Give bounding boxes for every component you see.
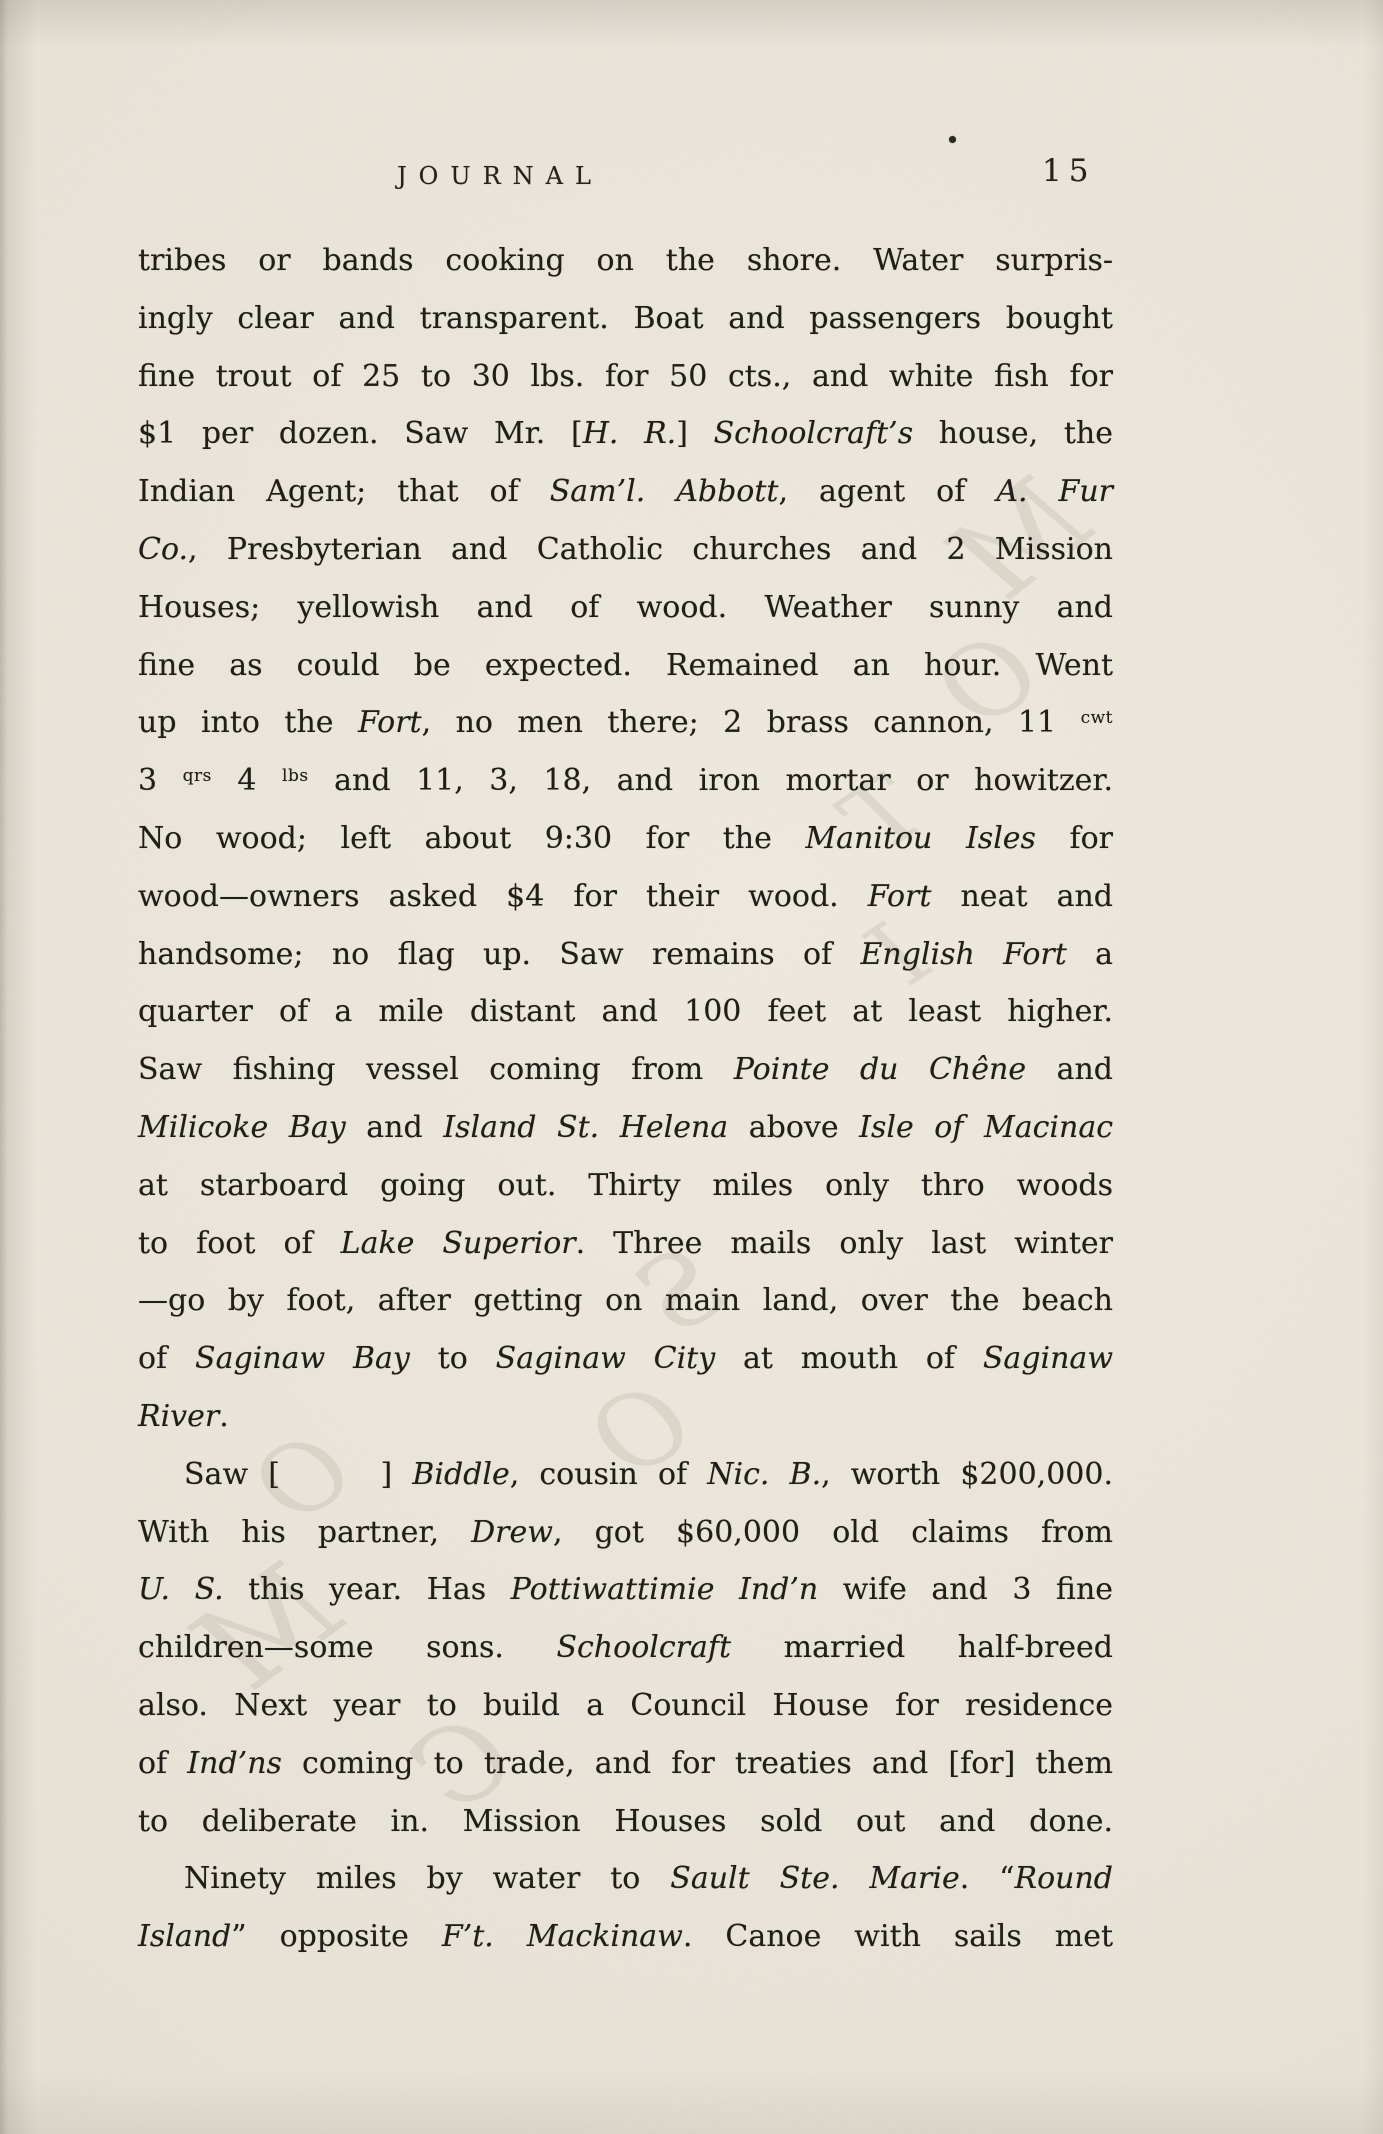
plain-text: and 11, 3, 18, and iron mortar or howitz… [309, 763, 1113, 798]
plain-text: to foot of [138, 1226, 341, 1261]
plain-text: coming to trade, and for treaties and [f… [282, 1746, 1113, 1781]
text-line: 3 qrs 4 lbs and 11, 3, 18, and iron mort… [138, 752, 1113, 810]
italic-text: Drew [471, 1515, 553, 1550]
text-line: River. [138, 1388, 1113, 1446]
text-line: Island” opposite F’t. Mackinaw. Canoe wi… [138, 1908, 1113, 1966]
italic-text: Schoolcraft [556, 1630, 731, 1665]
text-line: fine trout of 25 to 30 lbs. for 50 cts.,… [138, 348, 1113, 406]
plain-text: , worth $200,000. [821, 1457, 1113, 1492]
text-line: —go by foot, after getting on main land,… [138, 1272, 1113, 1330]
italic-text: Co. [138, 532, 188, 567]
italic-text: Pottiwattimie Ind’n [511, 1572, 819, 1607]
text-line: children—some sons. Schoolcraft married … [138, 1619, 1113, 1677]
plain-text: 3 [138, 763, 183, 798]
text-line: tribes or bands cooking on the shore. Wa… [138, 232, 1113, 290]
text-line: wood—owners asked $4 for their wood. For… [138, 868, 1113, 926]
italic-text: Pointe du Chêne [734, 1052, 1026, 1087]
italic-text: Isle of Macinac [859, 1110, 1113, 1145]
text-line: also. Next year to build a Council House… [138, 1677, 1113, 1735]
plain-text: ingly clear and transparent. Boat and pa… [138, 301, 1113, 336]
plain-text: ] [676, 416, 713, 451]
plain-text: this year. Has [224, 1572, 511, 1607]
text-line: Milicoke Bay and Island St. Helena above… [138, 1099, 1113, 1157]
italic-text: Saginaw City [496, 1341, 716, 1376]
plain-text: quarter of a mile distant and 100 feet a… [138, 994, 1113, 1029]
plain-text: fine trout of 25 to 30 lbs. for 50 cts.,… [138, 359, 1113, 394]
italic-text: Milicoke Bay [138, 1110, 346, 1145]
plain-text: , cousin of [510, 1457, 708, 1492]
italic-text: Island [138, 1919, 231, 1954]
plain-text: a [1067, 937, 1113, 972]
text-line: U. S. this year. Has Pottiwattimie Ind’n… [138, 1561, 1113, 1619]
italic-text: Sam’l. Abbott [550, 474, 779, 509]
italic-text: Schoolcraft’s [714, 416, 914, 451]
italic-text: Nic. B. [707, 1457, 821, 1492]
text-line: Ninety miles by water to Sault Ste. Mari… [138, 1850, 1113, 1908]
plain-text: Ninety miles by water to [184, 1861, 670, 1896]
running-head: JOURNAL [397, 162, 603, 190]
plain-text: . [219, 1399, 229, 1434]
text-line: to foot of Lake Superior. Three mails on… [138, 1215, 1113, 1273]
superscript-unit: cwt [1081, 708, 1113, 728]
plain-text: —go by foot, after getting on main land,… [138, 1283, 1113, 1318]
plain-text: and [346, 1110, 444, 1145]
plain-text: Saw fishing vessel coming from [138, 1052, 734, 1087]
plain-text: , got $60,000 old claims from [553, 1515, 1113, 1550]
superscript-unit: lbs [282, 766, 309, 786]
text-line: handsome; no flag up. Saw remains of Eng… [138, 926, 1113, 984]
text-line: of Saginaw Bay to Saginaw City at mouth … [138, 1330, 1113, 1388]
plain-text: fine as could be expected. Remained an h… [138, 648, 1113, 683]
plain-text: No wood; left about 9:30 for the [138, 821, 805, 856]
book-page: MOTISOOMC JOURNAL 15 tribes or bands coo… [0, 0, 1383, 2134]
text-line: to deliberate in. Mission Houses sold ou… [138, 1793, 1113, 1851]
plain-text: . Canoe with sails met [683, 1919, 1113, 1954]
italic-text: Manitou Isles [805, 821, 1036, 856]
plain-text: house, the [913, 416, 1113, 451]
italic-text: Saginaw [983, 1341, 1113, 1376]
text-line: up into the Fort, no men there; 2 brass … [138, 694, 1113, 752]
italic-text: Sault Ste. Marie [670, 1861, 959, 1896]
text-line: at starboard going out. Thirty miles onl… [138, 1157, 1113, 1215]
plain-text: $1 per dozen. Saw Mr. [ [138, 416, 583, 451]
plain-text: for [1036, 821, 1113, 856]
italic-text: U. S. [138, 1572, 224, 1607]
plain-text: , no men there; 2 brass cannon, 11 [422, 705, 1081, 740]
plain-text: 4 [212, 763, 282, 798]
plain-text: handsome; no flag up. Saw remains of [138, 937, 860, 972]
plain-text: Indian Agent; that of [138, 474, 550, 509]
plain-text: married half-breed [731, 1630, 1113, 1665]
journal-text-block: tribes or bands cooking on the shore. Wa… [138, 232, 1113, 1966]
plain-text: at mouth of [715, 1341, 983, 1376]
plain-text: also. Next year to build a Council House… [138, 1688, 1113, 1723]
plain-text: . Three mails only last winter [576, 1226, 1113, 1261]
italic-text: Fort [358, 705, 422, 740]
text-line: of Ind’ns coming to trade, and for treat… [138, 1735, 1113, 1793]
italic-text: Biddle [412, 1457, 509, 1492]
italic-text: F’t. Mackinaw [442, 1919, 683, 1954]
plain-text: above [728, 1110, 859, 1145]
text-line: Houses; yellowish and of wood. Weather s… [138, 579, 1113, 637]
text-line: ingly clear and transparent. Boat and pa… [138, 290, 1113, 348]
text-line: Saw [ ] Biddle, cousin of Nic. B., worth… [138, 1446, 1113, 1504]
plain-text: , agent of [778, 474, 996, 509]
text-line: No wood; left about 9:30 for the Manitou… [138, 810, 1113, 868]
text-line: Co., Presbyterian and Catholic churches … [138, 521, 1113, 579]
plain-text: children—some sons. [138, 1630, 556, 1665]
plain-text: of [138, 1746, 187, 1781]
text-line: With his partner, Drew, got $60,000 old … [138, 1504, 1113, 1562]
text-line: Indian Agent; that of Sam’l. Abbott, age… [138, 463, 1113, 521]
plain-text: wife and 3 fine [818, 1572, 1113, 1607]
italic-text: Lake Superior [341, 1226, 576, 1261]
plain-text: at starboard going out. Thirty miles onl… [138, 1168, 1113, 1203]
plain-text: . “ [960, 1861, 1015, 1896]
plain-text: tribes or bands cooking on the shore. Wa… [138, 243, 1113, 278]
italic-text: River [138, 1399, 219, 1434]
plain-text: Houses; yellowish and of wood. Weather s… [138, 590, 1113, 625]
italic-text: English Fort [860, 937, 1066, 972]
italic-text: Round [1015, 1861, 1114, 1896]
italic-text: Saginaw Bay [195, 1341, 410, 1376]
italic-text: Fort [868, 879, 932, 914]
superscript-unit: qrs [183, 766, 212, 786]
plain-text: , Presbyterian and Catholic churches and… [188, 532, 1113, 567]
plain-text: With his partner, [138, 1515, 471, 1550]
text-line: Saw fishing vessel coming from Pointe du… [138, 1041, 1113, 1099]
plain-text: to [410, 1341, 496, 1376]
plain-text: up into the [138, 705, 358, 740]
plain-text: Saw [ ] [184, 1457, 412, 1492]
ink-speck [949, 136, 956, 143]
plain-text: and [1026, 1052, 1113, 1087]
plain-text: to deliberate in. Mission Houses sold ou… [138, 1804, 1113, 1839]
text-line: quarter of a mile distant and 100 feet a… [138, 983, 1113, 1041]
italic-text: H. R. [583, 416, 677, 451]
plain-text: of [138, 1341, 195, 1376]
italic-text: Island St. Helena [443, 1110, 728, 1145]
plain-text: wood—owners asked $4 for their wood. [138, 879, 868, 914]
text-line: $1 per dozen. Saw Mr. [H. R.] Schoolcraf… [138, 405, 1113, 463]
page-number: 15 [1042, 153, 1095, 189]
italic-text: Ind’ns [187, 1746, 282, 1781]
italic-text: A. Fur [996, 474, 1113, 509]
text-line: fine as could be expected. Remained an h… [138, 637, 1113, 695]
plain-text: ” opposite [231, 1919, 442, 1954]
plain-text: neat and [931, 879, 1113, 914]
